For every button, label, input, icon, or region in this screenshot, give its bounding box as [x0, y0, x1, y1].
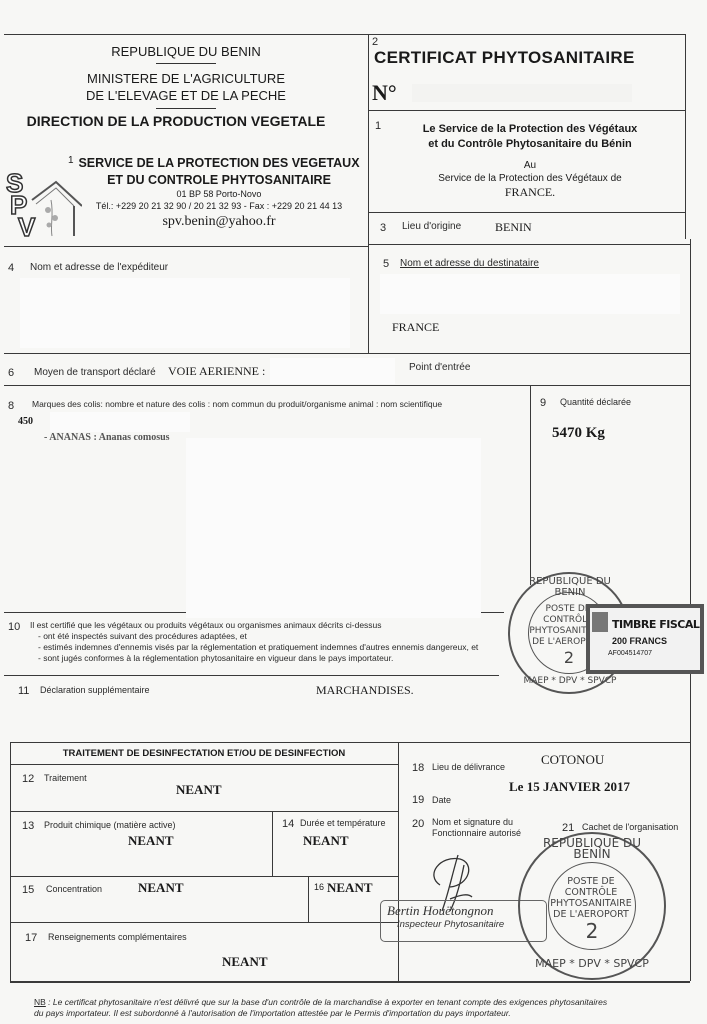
qty-label: Quantité déclarée — [560, 397, 631, 407]
frame-left-bottom — [10, 742, 11, 982]
service-line2: ET DU CONTROLE PHYTOSANITAIRE — [70, 172, 368, 189]
section1-block: Le Service de la Protection des Végétaux… — [380, 122, 680, 199]
seal-inner: POSTE DE CONTRÔLE PHYTOSANITAIRE DE L'AE… — [548, 876, 634, 920]
transport-num: 6 — [8, 367, 14, 379]
t13-value: NEANT — [128, 833, 174, 849]
qty-num: 9 — [540, 397, 546, 409]
transport-label: Moyen de transport déclaré — [34, 367, 156, 378]
nb-text1: : Le certificat phytosanitaire n'est dél… — [46, 997, 607, 1007]
origin-bottom — [368, 244, 690, 245]
origin-num: 3 — [380, 222, 386, 234]
sign-label-line2: Fonctionnaire autorisé — [432, 828, 521, 839]
issuing-service-line2: et du Contrôle Phytosanitaire du Bénin — [380, 137, 680, 152]
certificate-number-value — [412, 84, 632, 102]
t15-label: Concentration — [46, 884, 102, 894]
box2-num: 2 — [372, 36, 378, 48]
frame-bottom — [10, 981, 690, 983]
t13-bottom — [10, 876, 398, 877]
treatment-divider — [398, 742, 399, 982]
sender-label: Nom et adresse de l'expéditeur — [30, 262, 168, 273]
seal-ring-bottom: MAEP * DPV * SPVCP — [534, 958, 650, 969]
place-value: COTONOU — [541, 752, 604, 768]
transport-bottom — [4, 385, 690, 386]
section1-bottom — [368, 212, 685, 213]
cert-bullet-1: - ont été inspectés suivant des procédur… — [30, 631, 478, 642]
ministry-line2: DE L'ELEVAGE ET DE LA PECHE — [4, 87, 368, 104]
goods-label: Marques des colis: nombre et nature des … — [32, 399, 442, 409]
seal-top-ring-bottom: MAEP * DPV * SPVCP — [520, 676, 620, 687]
recipient-redacted — [380, 274, 680, 314]
fiscal-serial: AF004514707 — [608, 650, 652, 657]
nb-label: NB — [34, 997, 46, 1007]
header-left: REPUBLIQUE DU BENIN MINISTERE DE L'AGRIC… — [4, 44, 368, 129]
republic-name: REPUBLIQUE DU BENIN — [4, 44, 368, 59]
package-count: 450 — [18, 416, 33, 427]
sign-label: Nom et signature du Fonctionnaire autori… — [432, 817, 521, 839]
seal-num: 21 — [562, 822, 574, 834]
t16-num: 16 — [314, 882, 324, 892]
t14-num: 14 — [282, 818, 294, 830]
seal-top-ring: REPUBLIQUE DU BENIN — [520, 576, 620, 598]
treat-header-bottom — [10, 764, 398, 765]
qty-divider — [530, 385, 531, 585]
supp-num: 11 — [18, 685, 29, 697]
direction-title: DIRECTION DE LA PRODUCTION VEGETALE — [4, 113, 368, 129]
footer-line1: NB : Le certificat phytosanitaire n'est … — [34, 997, 704, 1008]
place-label: Lieu de délivrance — [432, 762, 505, 772]
service-email: spv.benin@yahoo.fr — [70, 212, 368, 232]
t15-value: NEANT — [138, 880, 184, 896]
t13-num: 13 — [22, 820, 34, 832]
t12-num: 12 — [22, 773, 34, 785]
transport-value: VOIE AERIENNE : — [168, 364, 265, 379]
recipient-country: FRANCE — [392, 320, 439, 335]
service-line1: SERVICE DE LA PROTECTION DES VEGETAUX — [70, 155, 368, 172]
supp-bottom — [10, 742, 690, 743]
certificate-number-label: N° — [372, 80, 397, 106]
footer-line2: du pays importateur. Il est subordonné à… — [34, 1008, 704, 1019]
recipient-num: 5 — [383, 258, 389, 270]
seal-label: Cachet de l'organisation — [582, 822, 678, 832]
t15-bottom — [10, 922, 398, 923]
destination-country: FRANCE. — [380, 185, 680, 199]
parties-bottom — [4, 353, 690, 354]
seal-number: 2 — [577, 926, 607, 937]
date-num: 19 — [412, 794, 424, 806]
seal-ring-top: REPUBLIQUE DU BENIN — [534, 838, 650, 860]
issuing-service-line1: Le Service de la Protection des Végétaux — [380, 122, 680, 137]
ministry-line1: MINISTERE DE L'AGRICULTURE — [4, 70, 368, 87]
footer-note: NB : Le certificat phytosanitaire n'est … — [34, 997, 704, 1019]
frame-right-top — [685, 34, 686, 239]
t12-bottom — [10, 811, 398, 812]
recipient-label: Nom et adresse du destinataire — [400, 258, 539, 269]
t17-label: Renseignements complémentaires — [48, 932, 187, 942]
goods-redacted — [50, 412, 190, 432]
entry-point-label: Point d'entrée — [409, 362, 470, 373]
t17-value: NEANT — [222, 954, 268, 970]
cert-intro: Il est certifié que les végétaux ou prod… — [30, 620, 478, 631]
certificate-title: CERTIFICAT PHYTOSANITAIRE — [374, 48, 635, 68]
frame-top — [4, 34, 685, 35]
sender-redacted — [20, 278, 350, 348]
sender-num: 4 — [8, 262, 14, 274]
cert-num: 10 — [8, 621, 20, 633]
fiscal-amount: 200 FRANCS — [612, 636, 667, 646]
origin-value: BENIN — [495, 220, 532, 235]
t12-value: NEANT — [176, 782, 222, 798]
t17-num: 17 — [25, 932, 37, 944]
supp-label: Déclaration supplémentaire — [40, 685, 150, 695]
origin-label: Lieu d'origine — [402, 221, 461, 232]
service-address: 01 BP 58 Porto-Novo — [70, 189, 368, 200]
t12-label: Traitement — [44, 773, 87, 783]
cert-bottom — [4, 675, 499, 676]
goods-detail-redacted — [186, 438, 481, 618]
t13-divider — [272, 811, 273, 876]
fiscal-title: TIMBRE FISCAL — [612, 618, 699, 631]
title-box-bottom — [368, 110, 685, 111]
t15-divider — [308, 876, 309, 922]
t16-value: NEANT — [327, 880, 373, 896]
fiscal-stamp: TIMBRE FISCAL 200 FRANCS AF004514707 — [586, 604, 704, 674]
treatment-header: TRAITEMENT DE DESINFECTATION ET/OU DE DE… — [10, 748, 398, 759]
sign-label-line1: Nom et signature du — [432, 817, 521, 828]
header-left-bottom — [4, 246, 368, 247]
supp-value: MARCHANDISES. — [316, 683, 414, 698]
t15-num: 15 — [22, 884, 34, 896]
date-value: Le 15 JANVIER 2017 — [509, 779, 630, 795]
column-divider-header — [368, 34, 369, 354]
cert-bullet-2: - estimés indemnes d'ennemis visés par l… — [30, 642, 478, 653]
product-name: - ANANAS : Ananas comosus — [44, 432, 170, 440]
rule — [156, 63, 216, 64]
spv-logo: S P V — [4, 170, 82, 244]
date-label: Date — [432, 795, 451, 805]
rule — [156, 108, 216, 109]
organisation-seal: REPUBLIQUE DU BENIN POSTE DE CONTRÔLE PH… — [518, 832, 666, 980]
service-block: SERVICE DE LA PROTECTION DES VEGETAUX ET… — [70, 155, 368, 232]
fiscal-emblem-icon — [592, 612, 608, 632]
t14-label: Durée et température — [300, 818, 386, 828]
goods-num: 8 — [8, 400, 14, 412]
destination-service: Service de la Protection des Végétaux de — [380, 172, 680, 185]
sign-num: 20 — [412, 818, 424, 830]
transport-redacted — [270, 358, 395, 384]
au-label: Au — [380, 160, 680, 172]
t14-value: NEANT — [303, 833, 349, 849]
service-phone: Tél.: +229 20 21 32 90 / 20 21 32 93 - F… — [70, 200, 368, 212]
logo-letter-v: V — [18, 212, 35, 243]
seal-top-number: 2 — [554, 652, 584, 663]
cert-bullet-3: - sont jugés conformes à la réglementati… — [30, 653, 478, 664]
place-num: 18 — [412, 762, 424, 774]
qty-value: 5470 Kg — [552, 425, 605, 442]
t13-label: Produit chimique (matière active) — [44, 820, 176, 830]
cert-text: Il est certifié que les végétaux ou prod… — [30, 620, 478, 664]
